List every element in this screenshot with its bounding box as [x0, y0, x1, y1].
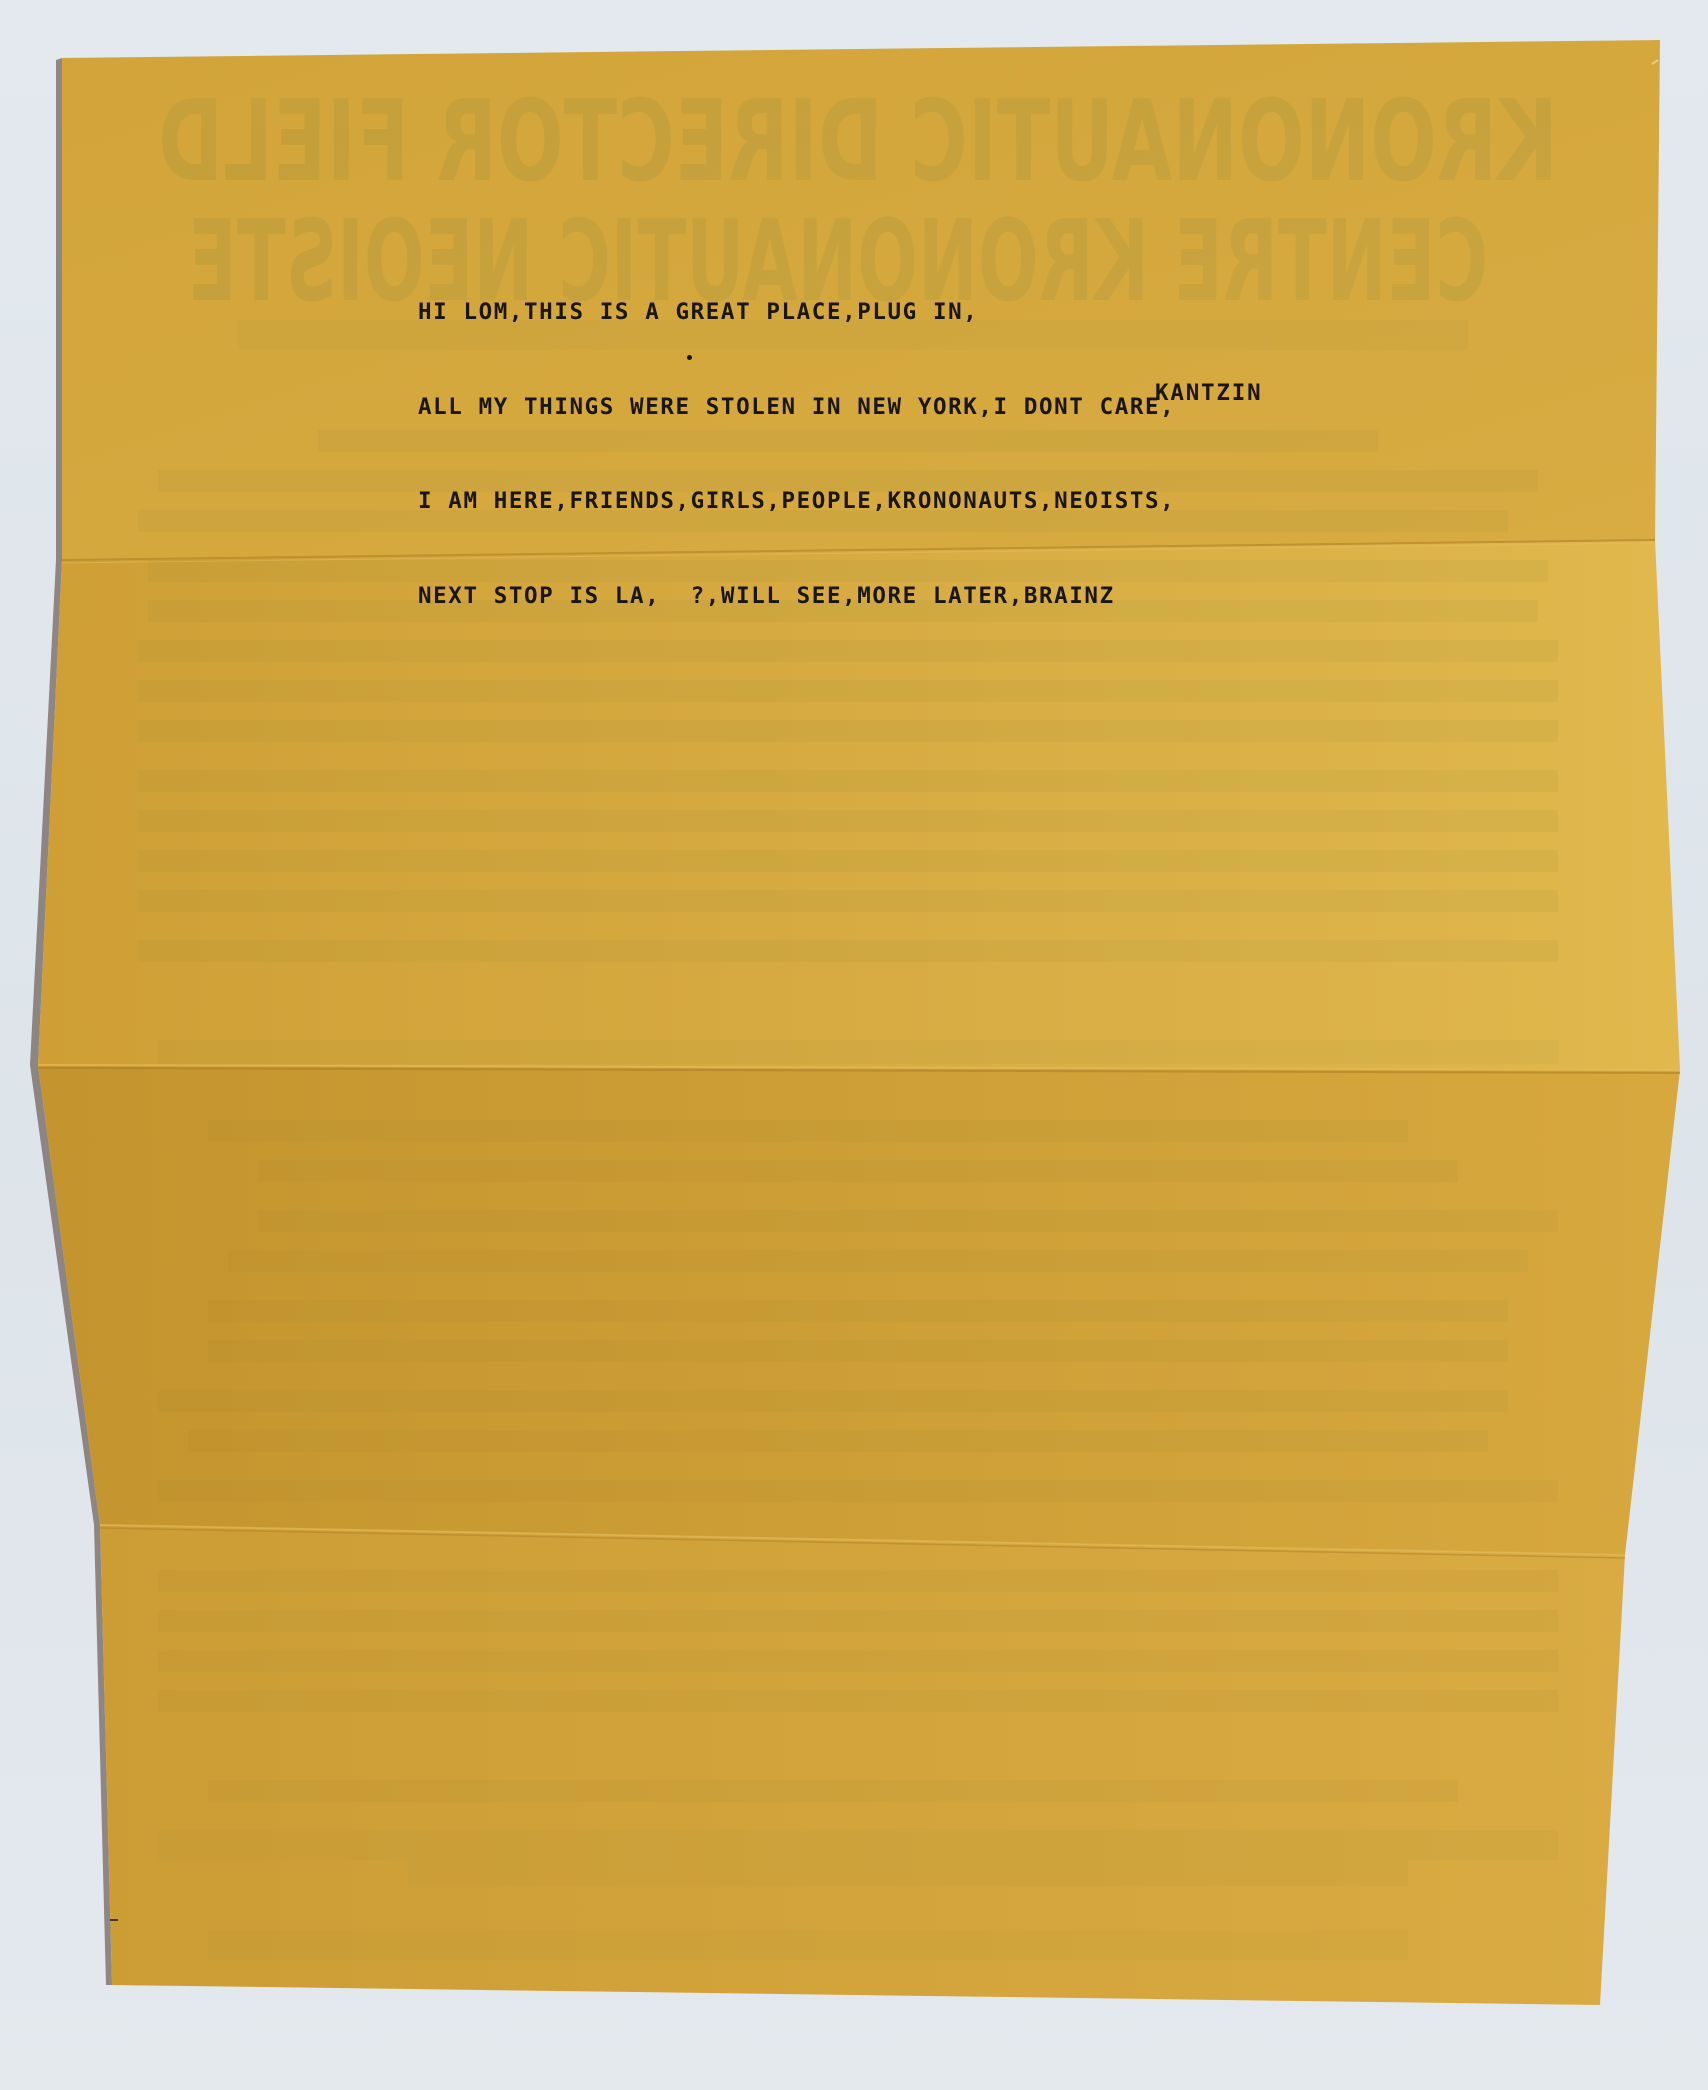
show-through-letterhead-line-1: KRONONAUTIC DIRECTOR FIELD: [158, 77, 1558, 207]
letter-signature: KANTZIN: [1155, 380, 1262, 406]
letter-line-3: I AM HERE,FRIENDS,GIRLS,PEOPLE,KRONONAUT…: [418, 486, 1175, 518]
letter-line-1: HI LOM,THIS IS A GREAT PLACE,PLUG IN,: [418, 297, 1175, 329]
ink-dot-mark: [687, 355, 692, 360]
letter-line-2: ALL MY THINGS WERE STOLEN IN NEW YORK,I …: [418, 392, 1175, 424]
letter-line-4: NEXT STOP IS LA, ?,WILL SEE,MORE LATER,B…: [418, 581, 1175, 613]
typed-letter-body: HI LOM,THIS IS A GREAT PLACE,PLUG IN, AL…: [418, 234, 1175, 644]
